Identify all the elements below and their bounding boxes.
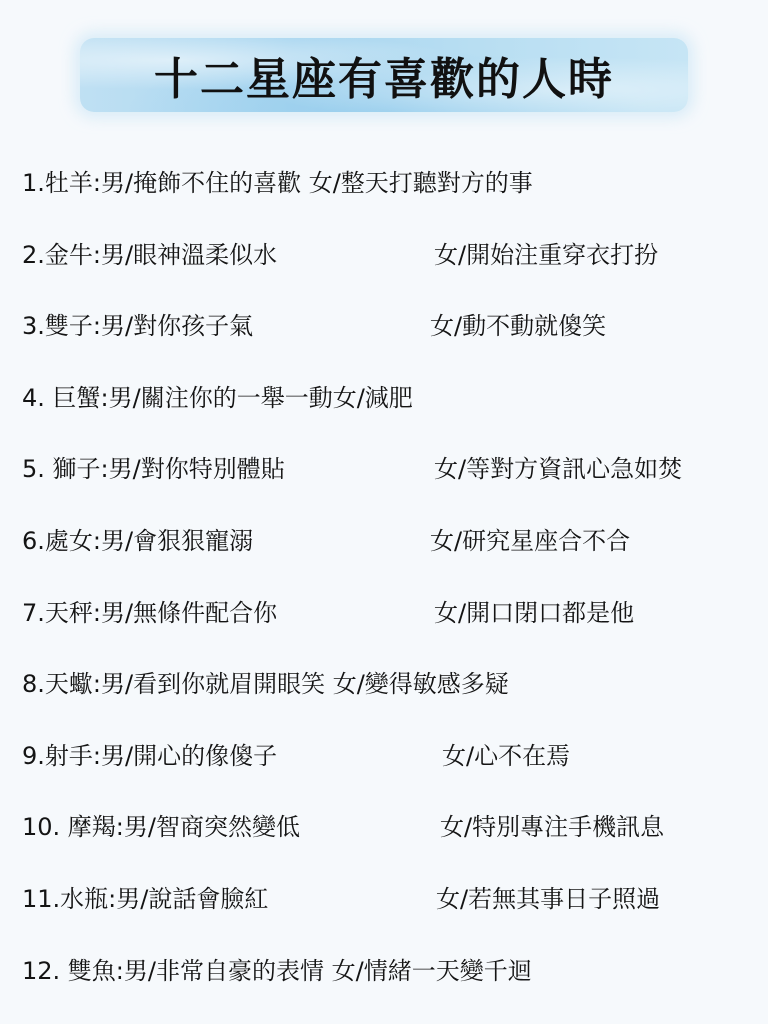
page-title: 十二星座有喜歡的人時 xyxy=(154,43,614,107)
female-text: 女/心不在焉 xyxy=(442,733,570,779)
list-item-aries: 1.牡羊:男/掩飾不住的喜歡 女/整天打聽對方的事 xyxy=(22,160,752,232)
male-text: 8.天蠍:男/看到你就眉開眼笑 xyxy=(22,670,325,698)
male-text: 9.射手:男/開心的像傻子 xyxy=(22,733,277,779)
title-banner: 十二星座有喜歡的人時 xyxy=(80,38,688,112)
male-text: 3.雙子:男/對你孩子氣 xyxy=(22,303,253,349)
list-item-libra: 7.天秤:男/無條件配合你 女/開口閉口都是他 xyxy=(22,590,752,662)
female-text: 女/研究星座合不合 xyxy=(430,518,630,564)
list-item-sagittarius: 9.射手:男/開心的像傻子 女/心不在焉 xyxy=(22,733,752,805)
list-item-aquarius: 11.水瓶:男/說話會臉紅 女/若無其事日子照過 xyxy=(22,876,752,948)
female-text: 女/若無其事日子照過 xyxy=(436,876,660,922)
female-text: 女/變得敏感多疑 xyxy=(333,670,509,698)
female-text: 女/整天打聽對方的事 xyxy=(309,169,533,197)
male-text: 7.天秤:男/無條件配合你 xyxy=(22,590,277,636)
male-text: 6.處女:男/會狠狠寵溺 xyxy=(22,518,253,564)
zodiac-list: 1.牡羊:男/掩飾不住的喜歡 女/整天打聽對方的事 2.金牛:男/眼神溫柔似水 … xyxy=(22,160,752,1019)
list-item-capricorn: 10. 摩羯:男/智商突然變低 女/特別專注手機訊息 xyxy=(22,804,752,876)
female-text: 女/開始注重穿衣打扮 xyxy=(434,232,658,278)
list-item-gemini: 3.雙子:男/對你孩子氣 女/動不動就傻笑 xyxy=(22,303,752,375)
male-text: 5. 獅子:男/對你特別體貼 xyxy=(22,446,285,492)
list-item-taurus: 2.金牛:男/眼神溫柔似水 女/開始注重穿衣打扮 xyxy=(22,232,752,304)
male-text: 10. 摩羯:男/智商突然變低 xyxy=(22,804,300,850)
male-text: 4. 巨蟹:男/關注你的一舉一動 xyxy=(22,384,333,412)
male-text: 11.水瓶:男/說話會臉紅 xyxy=(22,876,268,922)
female-text: 女/等對方資訊心急如焚 xyxy=(434,446,682,492)
male-text: 1.牡羊:男/掩飾不住的喜歡 xyxy=(22,169,301,197)
female-text: 女/動不動就傻笑 xyxy=(430,303,606,349)
female-text: 女/開口閉口都是他 xyxy=(434,590,634,636)
female-text: 女/減肥 xyxy=(333,384,413,412)
list-item-virgo: 6.處女:男/會狠狠寵溺 女/研究星座合不合 xyxy=(22,518,752,590)
female-text: 女/情緒一天變千迴 xyxy=(332,957,532,985)
list-item-leo: 5. 獅子:男/對你特別體貼 女/等對方資訊心急如焚 xyxy=(22,446,752,518)
female-text: 女/特別專注手機訊息 xyxy=(440,804,664,850)
list-item-pisces: 12. 雙魚:男/非常自豪的表情 女/情緒一天變千迴 xyxy=(22,948,752,1020)
list-item-scorpio: 8.天蠍:男/看到你就眉開眼笑 女/變得敏感多疑 xyxy=(22,661,752,733)
male-text: 2.金牛:男/眼神溫柔似水 xyxy=(22,232,277,278)
male-text: 12. 雙魚:男/非常自豪的表情 xyxy=(22,957,324,985)
list-item-cancer: 4. 巨蟹:男/關注你的一舉一動女/減肥 xyxy=(22,375,752,447)
